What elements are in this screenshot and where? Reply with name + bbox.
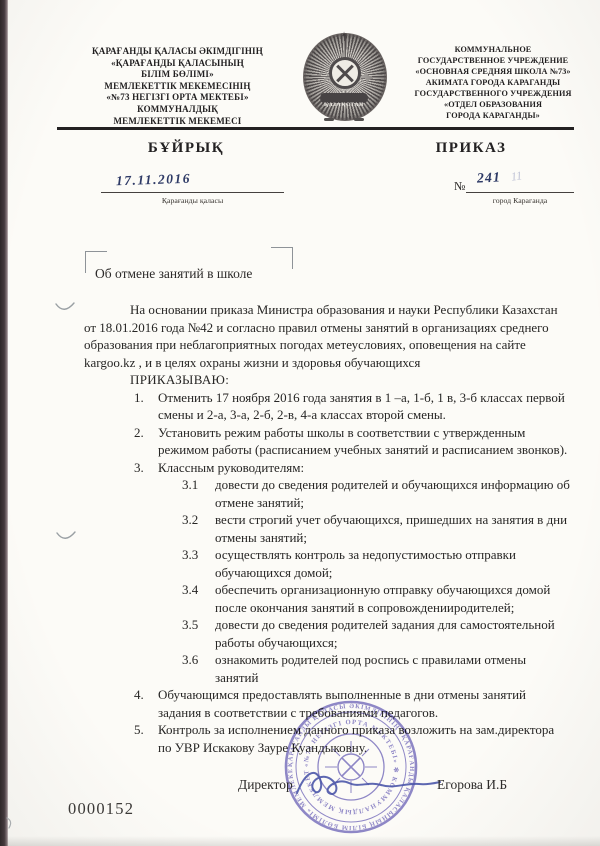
item-number: 1. xyxy=(134,389,158,424)
order-subitem-3-6: 3.6 ознакомить родителей под роспись с п… xyxy=(84,651,570,686)
resolve-word: ПРИКАЗЫВАЮ: xyxy=(84,371,570,389)
document-body: На основании приказа Министра образовани… xyxy=(84,301,570,756)
item-number: 4. xyxy=(134,686,158,721)
org-name-kk-line: БІЛІМ БӨЛІМІ» xyxy=(60,69,295,81)
pencil-check-mark xyxy=(55,530,77,544)
place-label-kazakh: Қарағанды қаласы xyxy=(101,196,284,205)
subitem-text: ознакомить родителей под роспись с прави… xyxy=(215,651,570,686)
order-subitem-3-2: 3.2 вести строгий учет обучающихся, приш… xyxy=(84,511,570,546)
intro-paragraph: На основании приказа Министра образовани… xyxy=(84,301,570,371)
item-number: 3. xyxy=(134,459,158,477)
item-text: Отменить 17 ноября 2016 года занятия в 1… xyxy=(158,389,570,424)
subitem-number: 3.2 xyxy=(182,511,215,546)
subitem-text: довести до сведения родителей и обучающи… xyxy=(215,476,570,511)
date-underline xyxy=(101,192,284,193)
org-name-ru-line: «ОСНОВНАЯ СРЕДНЯЯ ШКОЛА №73» xyxy=(392,66,594,77)
org-name-ru-line: КОММУНАЛЬНОЕ xyxy=(392,44,594,55)
org-name-kazakh: ҚАРАҒАНДЫ ҚАЛАСЫ ӘКІМДІГІНІҢ «ҚАРАҒАНДЫ … xyxy=(60,46,295,127)
director-signature-scribble xyxy=(293,763,443,805)
place-label-russian: город Караганда xyxy=(445,196,595,205)
subitem-number: 3.4 xyxy=(182,581,215,616)
emblem-star-icon: ✶ xyxy=(300,31,388,40)
kazakhstan-emblem-icon: ✶ ҚАЗАҚСТАН xyxy=(300,30,388,123)
order-item-2: 2. Установить режим работы школы в соотв… xyxy=(84,424,570,459)
order-subitem-3-1: 3.1 довести до сведения родителей и обуч… xyxy=(84,476,570,511)
org-name-russian: КОММУНАЛЬНОЕ ГОСУДАРСТВЕННОЕ УЧРЕЖДЕНИЕ … xyxy=(392,44,594,121)
org-name-ru-line: АКИМАТА ГОРОДА КАРАГАНДЫ xyxy=(392,77,594,88)
number-underline xyxy=(466,192,574,193)
subitem-text: обеспечить организационную отправку обуч… xyxy=(215,581,570,616)
org-name-ru-line: ГОРОДА КАРАГАНДЫ» xyxy=(392,110,594,121)
document-subject: Об отмене занятий в школе xyxy=(95,266,252,282)
signer-name: Егорова И.Б xyxy=(437,777,507,793)
number-sign-label: № xyxy=(454,179,465,194)
emblem-base xyxy=(324,118,334,121)
item-number: 5. xyxy=(134,721,158,756)
order-subitem-3-5: 3.5 довести до сведения родителей задани… xyxy=(84,616,570,651)
org-name-ru-line: «ОТДЕЛ ОБРАЗОВАНИЯ xyxy=(392,99,594,110)
order-heading-kazakh: БҰЙРЫҚ xyxy=(60,140,312,157)
signer-role-label: Директор xyxy=(238,777,293,793)
org-name-ru-line: ГОСУДАРСТВЕННОГО УЧРЕЖДЕНИЯ xyxy=(392,88,594,99)
order-subitem-3-4: 3.4 обеспечить организационную отправку … xyxy=(84,581,570,616)
subitem-text: вести строгий учет обучающихся, пришедши… xyxy=(215,511,570,546)
order-item-3: 3. Классным руководителям: xyxy=(84,459,570,477)
org-name-kk-line: КОММУНАЛДЫҚ xyxy=(60,104,295,116)
handwritten-order-number: 241 xyxy=(477,170,502,187)
handwritten-date: 17.11.2016 xyxy=(116,171,192,190)
subitem-number: 3.6 xyxy=(182,651,215,686)
order-heading-russian: ПРИКАЗ xyxy=(395,140,547,157)
org-name-kk-line: МЕМЛЕКЕТТІК МЕКЕМЕСІНІҢ xyxy=(60,81,295,93)
scanned-order-document: ҚАРАҒАНДЫ ҚАЛАСЫ ӘКІМДІГІНІҢ «ҚАРАҒАНДЫ … xyxy=(0,0,600,846)
emblem-base xyxy=(354,118,364,121)
org-name-kk-line: МЕМЛЕКЕТТІК МЕКЕМЕСІ xyxy=(60,116,295,128)
subitem-number: 3.3 xyxy=(182,546,215,581)
org-name-kk-line: «ҚАРАҒАНДЫ ҚАЛАСЫНЫҢ xyxy=(60,58,295,70)
emblem-banner: ҚАЗАҚСТАН xyxy=(320,93,368,103)
emblem-country-name: ҚАЗАҚСТАН xyxy=(324,102,364,108)
subitem-text: довести до сведения родителей задания дл… xyxy=(215,616,570,651)
subitem-number: 3.1 xyxy=(182,476,215,511)
org-name-kk-line: «№73 НЕГІЗГІ ОРТА МЕКТЕБІ» xyxy=(60,92,295,104)
org-name-ru-line: ГОСУДАРСТВЕННОЕ УЧРЕЖДЕНИЕ xyxy=(392,55,594,66)
scan-edge-strip xyxy=(0,0,8,846)
subitem-text: осуществлять контроль за недопустимостью… xyxy=(215,546,570,581)
corner-mark-right xyxy=(271,247,293,269)
subitem-number: 3.5 xyxy=(182,616,215,651)
scan-smudge xyxy=(4,816,18,830)
org-name-kk-line: ҚАРАҒАНДЫ ҚАЛАСЫ ӘКІМДІГІНІҢ xyxy=(60,46,295,58)
form-number: 0000152 xyxy=(68,799,134,819)
item-text: Классным руководителям: xyxy=(158,459,570,477)
ink-ghost-mark: 11 xyxy=(510,168,523,184)
order-subitem-3-3: 3.3 осуществлять контроль за недопустимо… xyxy=(84,546,570,581)
item-text: Установить режим работы школы в соответс… xyxy=(158,424,570,459)
header-divider xyxy=(57,127,574,130)
item-number: 2. xyxy=(134,424,158,459)
shanyrak-icon xyxy=(329,57,361,89)
order-item-1: 1. Отменить 17 ноября 2016 года занятия … xyxy=(84,389,570,424)
pencil-check-mark xyxy=(54,301,76,315)
